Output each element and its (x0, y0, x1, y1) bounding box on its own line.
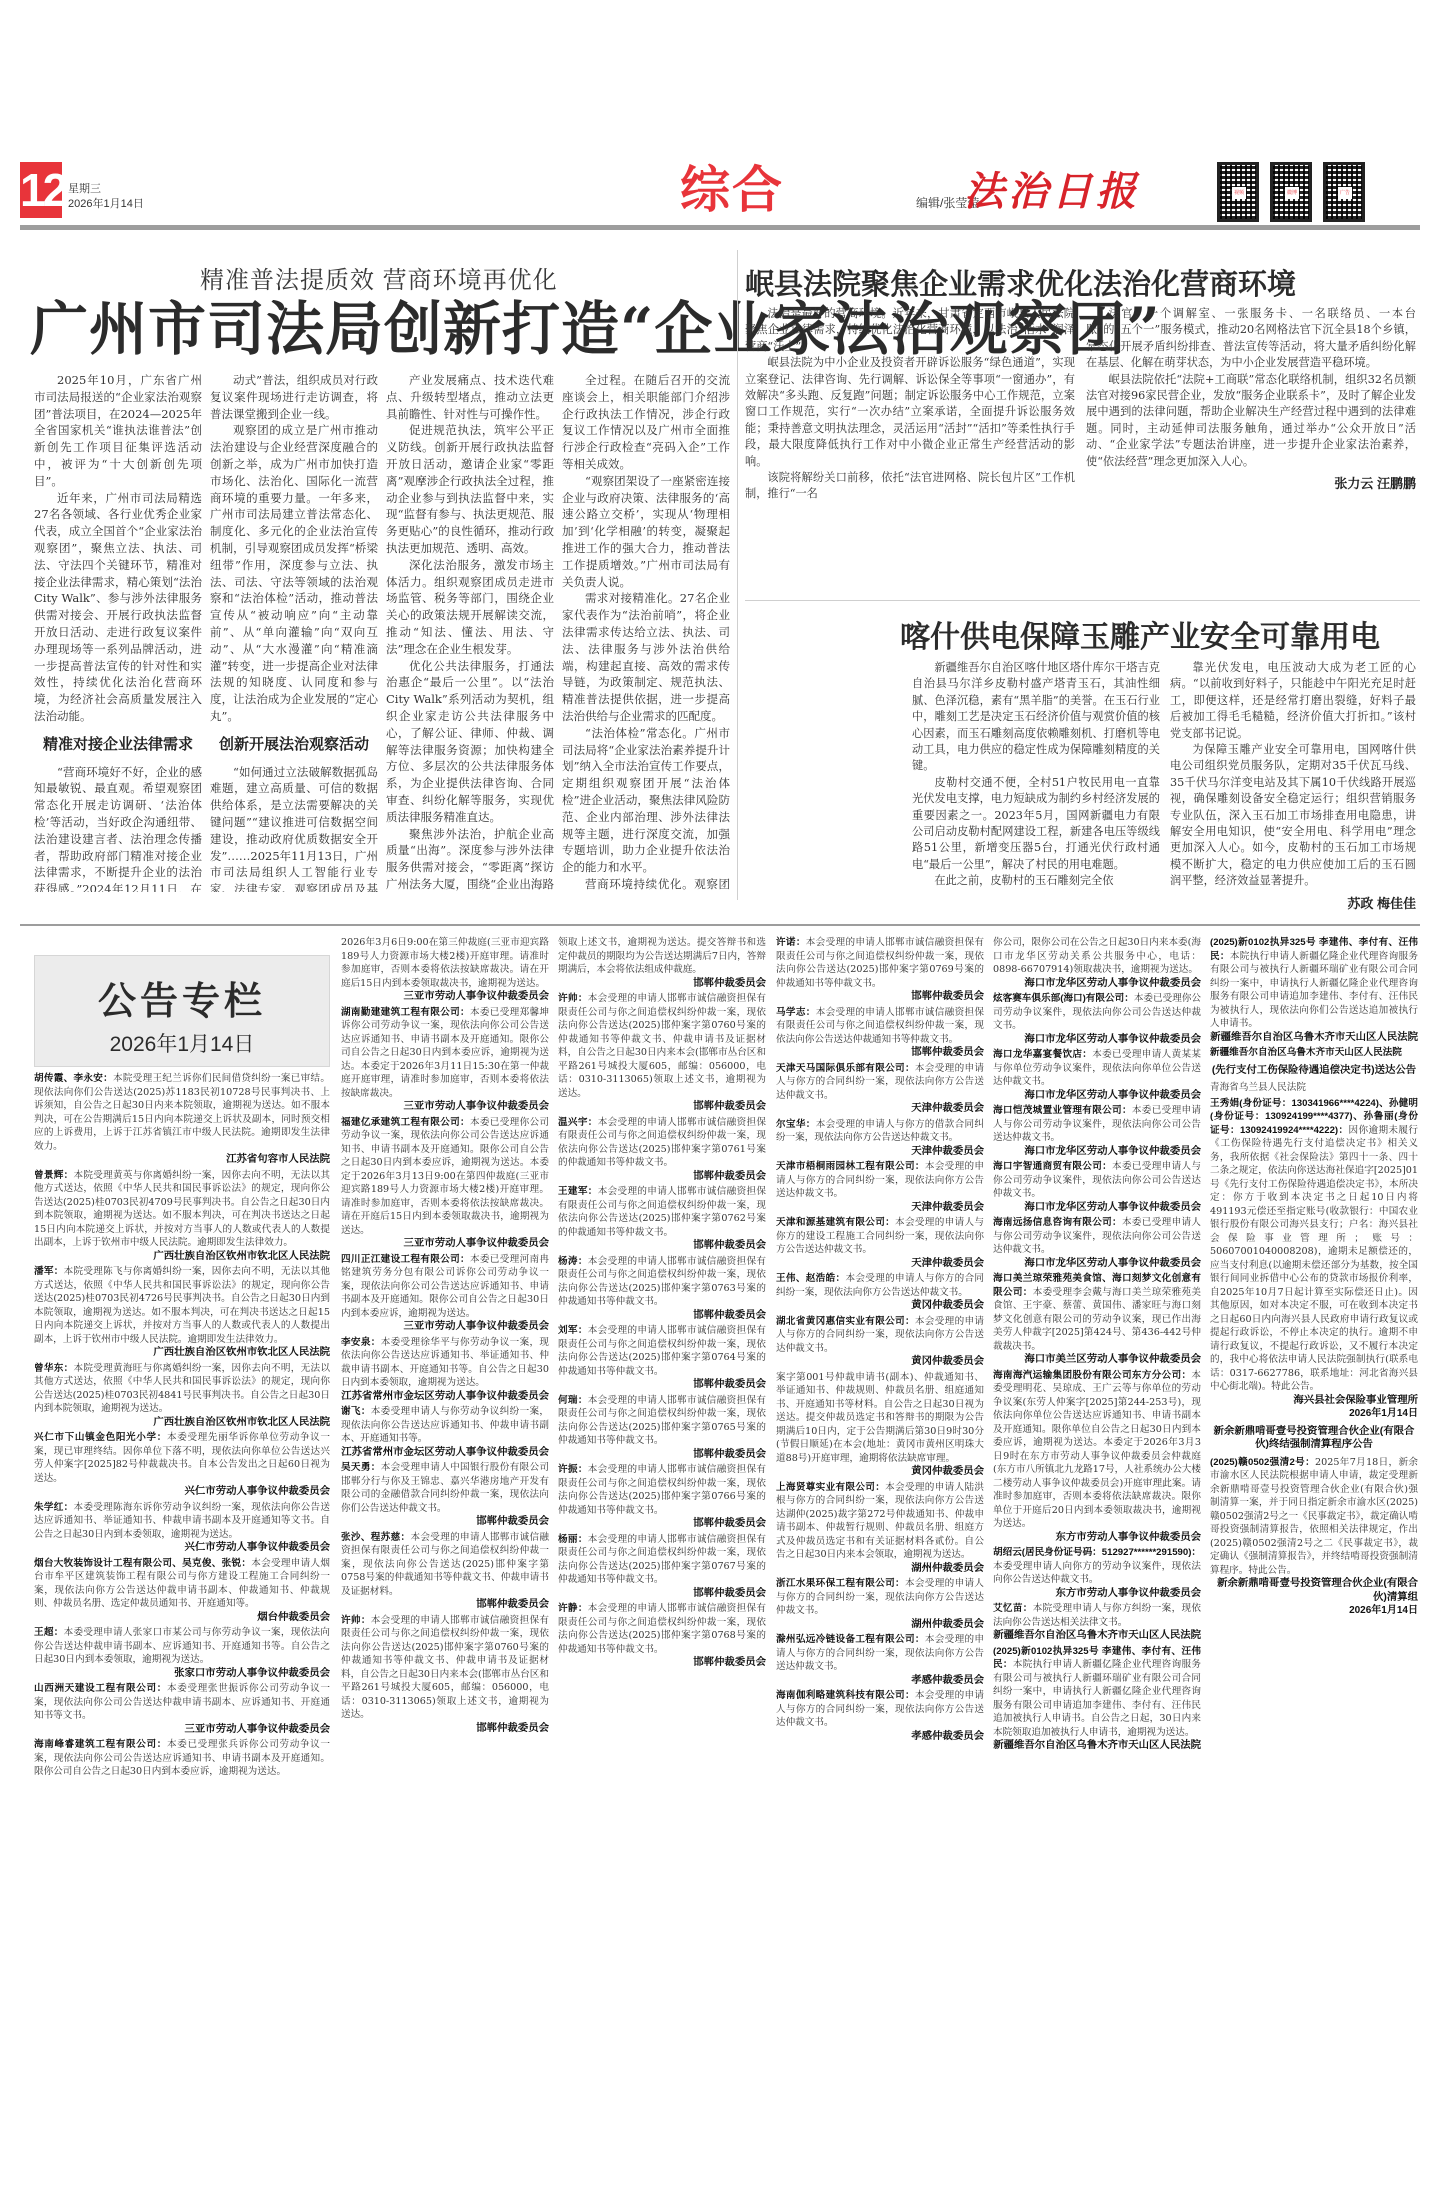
notice-signatory: 湖州仲裁委员会 (776, 1562, 984, 1576)
notice-addressee: 炫客赛车俱乐部(海口)有限公司： (993, 993, 1134, 1004)
notice-body: 朱学红：本委受理陈海东诉你劳动争议纠纷一案，现依法向你公告送达应诉通知书、举证通… (34, 1501, 330, 1542)
notice-signatory: 江苏省常州市金坛区劳动人事争议仲裁委员会 (341, 1390, 549, 1404)
notice-text: 本委受理申请人与你劳动争议纠纷一案，现依法向你公告送达应诉通知书、仲裁申请书副本… (341, 1406, 549, 1444)
notice-item: 曾景辉：本院受理黄英与你离婚纠纷一案，因你去向不明，无法以其他方式送达，依照《中… (34, 1169, 330, 1264)
notice-signatory: 孝感仲裁委员会 (776, 1730, 984, 1744)
notice-body: 案字第001号仲裁申请书(副本)、仲裁通知书、举证通知书、仲裁规则、仲裁员名册、… (776, 1371, 984, 1466)
paragraph: 全过程。在随后召开的交流座谈会上，相关职能部门介绍涉企行政执法工作情况，涉企行政… (562, 372, 730, 473)
notice-signatory: 海兴县社会保险事业管理所 (1210, 1394, 1418, 1408)
paragraph: 皮勒村交通不便，全村51户牧民用电一直靠光伏发电支撑，电力短缺成为制约乡村经济发… (912, 775, 1160, 873)
notice-body: 新疆维吾尔自治区乌鲁木齐市天山区人民法院 (1210, 1046, 1418, 1060)
notice-item: 杨涛：本会受理的申请人邯郸市诚信融资担保有限责任公司与你之间追偿权纠纷仲裁一案，… (558, 1255, 766, 1323)
notice-body: 胡绍云(居民身份证号码：512927******291590)：本委受理申请人向… (993, 1546, 1201, 1587)
notice-addressee: 湖北省黄冈惠信实业有限公司： (776, 1316, 915, 1327)
notice-signatory: 新疆维吾尔自治区乌鲁木齐市天山区人民法院 (993, 1739, 1201, 1753)
notice-body: 你公司，限你公司在公告之日起30日内来本委(海口市龙华区劳动关系公共服务中心，电… (993, 936, 1201, 977)
notice-signatory: 海口市美兰区劳动人事争议仲裁委员会 (993, 1353, 1201, 1367)
notice-addressee: 湖南勤建建筑工程有限公司： (341, 1007, 470, 1018)
byline: 张力云 汪鹏鹏 (1086, 476, 1416, 492)
notice-addressee: 谢飞： (341, 1406, 371, 1417)
notice-signatory: 邯郸仲裁委员会 (776, 990, 984, 1004)
notice-item: 艾忆苗：本院受理申请人与你方纠纷一案，现依法向你公告送达相关法律文书。新疆维吾尔… (993, 1602, 1201, 1643)
notice-addressee: 马学志： (776, 1007, 816, 1018)
notice-column-5: 你公司，限你公司在公告之日起30日内来本委(海口市龙华区劳动关系公共服务中心，电… (993, 936, 1201, 2182)
notice-text: 本会受理的申请人邯郸市诚信融资担保有限责任公司与你之间追偿权纠纷仲裁一案，现依法… (776, 937, 984, 989)
notice-body: 福建亿承建筑工程有限公司：本委已受理你公司劳动争议一案，现依法向你公司公告送达应… (341, 1116, 549, 1238)
byline: 苏政 梅佳佳 (1170, 896, 1416, 912)
notice-addressee: 福建亿承建筑工程有限公司： (341, 1117, 470, 1128)
notice-item: 兴仁市下山镇金色阳光小学：本委受理先丽华诉你单位劳动争议一案，现已审理终结。因你… (34, 1431, 330, 1499)
notice-addressee: 许帅： (558, 993, 588, 1004)
notice-addressee: 海南远扬信息咨询有限公司： (993, 1217, 1122, 1228)
notice-addressee: 浙江水果环保工程有限公司： (776, 1578, 905, 1589)
lead-column-2: 动式”普法，组织成员对行政复议案件现场进行走访调查，将普法课堂搬到企业一线。 观… (210, 372, 378, 892)
notice-item: 海南伽利略建筑科技有限公司：本会受理的申请人与你方的合同纠纷一案，现依法向你方公… (776, 1689, 984, 1743)
notice-item: 温兴宇：本会受理的申请人邯郸市诚信融资担保有限责任公司与你之间追偿权纠纷仲裁一案… (558, 1116, 766, 1184)
notice-item: 湖北省黄冈惠信实业有限公司：本会受理的申请人与你方的合同纠纷一案，现依法向你方公… (776, 1315, 984, 1369)
notice-body: 杨涛：本会受理的申请人邯郸市诚信融资担保有限责任公司与你之间追偿权纠纷仲裁一案，… (558, 1255, 766, 1309)
notice-addressee: 许帅： (341, 1615, 371, 1626)
article-3-headline: 喀什供电保障玉雕产业安全可靠用电 (900, 612, 1380, 656)
paragraph: 2025年10月，广东省广州市司法局报送的“企业家法治观察团”普法项目，在202… (34, 372, 202, 490)
notice-signatory: 海口市龙华区劳动人事争议仲裁委员会 (993, 1257, 1201, 1271)
notice-body: 尔宝华：本会受理的申请人与你方的借款合同纠纷一案，现依法向你方公告送达仲裁文书。 (776, 1118, 984, 1145)
notice-signatory: 邯郸仲裁委员会 (341, 1515, 549, 1529)
notice-addressee: 胡传霞、李永安： (34, 1073, 113, 1084)
notice-signatory: 东方市劳动人事争议仲裁委员会 (993, 1587, 1201, 1601)
notice-date: 2026年1月14日 (1210, 1407, 1418, 1421)
lead-column-4: 全过程。在随后召开的交流座谈会上，相关职能部门介绍涉企行政执法工作情况，涉企行政… (562, 372, 730, 892)
notice-item: 烟台大牧装饰设计工程有限公司、吴克俊、张锐：本会受理申请人烟台市牟平区建筑装饰工… (34, 1557, 330, 1625)
paragraph: 法治是最好的营商环境。近年来，甘肃省定西市岷县人民法院聚焦企业法律需求，持续优化… (745, 306, 1075, 355)
lead-column-1: 2025年10月，广东省广州市司法局报送的“企业家法治观察团”普法项目，在202… (34, 372, 202, 892)
notice-body: 炫客赛车俱乐部(海口)有限公司：本委已受理你公司劳动争议案件，现依法向你公司公告… (993, 992, 1201, 1033)
article-3-column-1: 新疆维吾尔自治区喀什地区塔什库尔干塔吉克自治县马尔洋乡皮勒村盛产塔青玉石，其油性… (912, 660, 1160, 914)
notice-body: 四川正江建设工程有限公司：本委已受理河南冉铭建筑劳务分包有限公司诉你公司劳动争议… (341, 1253, 549, 1321)
notice-signatory: 东方市劳动人事争议仲裁委员会 (993, 1531, 1201, 1545)
notice-body: 何瑞：本会受理的申请人邯郸市诚信融资担保有限责任公司与你之间追偿权纠纷仲裁一案，… (558, 1394, 766, 1448)
notice-text: 本会受理的申请人邯郸市诚信融资担保有限责任公司与你之间追偿权纠纷仲裁一案，现依法… (558, 1325, 766, 1377)
notice-signatory: 新余新鼎啃哥壹号投资管理合伙企业(有限合伙)清算组 (1210, 1577, 1418, 1604)
notice-text: 本会受理的申请人邯郸市诚信融资担保有限责任公司与你之间追偿权纠纷仲裁一案，现依法… (558, 1395, 766, 1447)
notice-body: 李安泉：本委受理徐华平与你劳动争议一案，现依法向你公告送达应诉通知书、举证通知书… (341, 1336, 549, 1390)
notice-signatory: 邯郸仲裁委员会 (558, 1656, 766, 1670)
notice-text: 本会受理的申请人邯郸市诚信融资担保有限责任公司与你之间追偿权纠纷仲裁一案，现依法… (558, 1534, 766, 1586)
notice-addressee: 尔宝华： (776, 1119, 816, 1130)
notice-addressee: 海口恺茂城置业管理有限公司： (993, 1105, 1132, 1116)
notice-body: 许帅：本会受理的申请人邯郸市诚信融资担保有限责任公司与你之间追偿权纠纷仲裁一案，… (558, 992, 766, 1100)
notice-addressee: 兴仁市下山镇金色阳光小学： (34, 1432, 167, 1443)
paragraph: “营商环境好不好，企业的感知最敏锐、最直观。希望观察团常态化开展走访调研、‘法治… (34, 764, 202, 892)
notice-text: 2025年7月18日，新余市渝水区人民法院根据申请人申请，裁定受理新余新鼎啃哥壹… (1210, 1457, 1418, 1576)
notice-item: (2025)新0102执异325号 李建伟、李付有、汪伟民：本院执行申请人新疆亿… (1210, 936, 1418, 1044)
notice-addressee: 许静： (558, 1603, 588, 1614)
notice-addressee: 艾忆苗： (993, 1603, 1033, 1614)
notice-item: 天津市梧桐雨园林工程有限公司：本会受理的申请人与你方的合同纠纷一案，现依法向你方… (776, 1160, 984, 1214)
notice-signatory: 邯郸仲裁委员会 (558, 1517, 766, 1531)
lead-kicker: 精准普法提质效 营商环境再优化 (200, 260, 558, 295)
notice-body: 海南海汽运输集团股份有限公司东方分公司：本委受理明花、吴琼成、王广云等与你单位的… (993, 1369, 1201, 1531)
notice-item: 许振：本会受理的申请人邯郸市诚信融资担保有限责任公司与你之间追偿权纠纷仲裁一案，… (558, 1463, 766, 1531)
notice-body: (2025)新0102执异325号 李建伟、李付有、汪伟民：本院执行申请人新疆亿… (1210, 936, 1418, 1031)
notice-item: 何瑞：本会受理的申请人邯郸市诚信融资担保有限责任公司与你之间追偿权纠纷仲裁一案，… (558, 1394, 766, 1462)
notice-text: 本会受理的申请人邯郸市诚信融资担保有限责任公司与你之间追偿权纠纷仲裁一案，现依法… (558, 1464, 766, 1516)
notice-body: 浙江水果环保工程有限公司：本会受理的申请人与你方的合同纠纷一案，现依法向你方公告… (776, 1577, 984, 1618)
paragraph: 法官、一个调解室、一张服务卡、一名联络员、一本台账”的“五个一”服务模式，推动2… (1086, 306, 1416, 372)
notice-addressee: 海南海汽运输集团股份有限公司东方分公司： (993, 1370, 1191, 1381)
paragraph: “观察团架设了一座紧密连接企业与政府决策、法律服务的‘高速公路立交桥’，实现从‘… (562, 473, 730, 591)
notice-addressee: 天津天马国际俱乐部有限公司： (776, 1063, 915, 1074)
notice-signatory: 邯郸仲裁委员会 (558, 1448, 766, 1462)
masthead: 12 星期三 2026年1月14日 综合 编辑/张莹莹 法治日报 视频 微博 广… (20, 160, 1420, 232)
notice-body: 王超：本委受理申请人张家口市某公司与你劳动争议一案，现依法向你公告送达仲裁申请书… (34, 1626, 330, 1667)
masthead-rule (20, 225, 1420, 230)
notice-item: 福建亿承建筑工程有限公司：本委已受理你公司劳动争议一案，现依法向你公司公告送达应… (341, 1116, 549, 1251)
notice-text: 本院受理黄海旺与你离婚纠纷一案，因你去向不明，无法以其他方式送达，依照《中华人民… (34, 1363, 330, 1415)
notice-signatory: 三亚市劳动人事争议仲裁委员会 (341, 1100, 549, 1114)
notice-item: 新疆维吾尔自治区乌鲁木齐市天山区人民法院 (1210, 1046, 1418, 1060)
notice-item: 天津天马国际俱乐部有限公司：本会受理的申请人与你方的合同纠纷一案，现依法向你方公… (776, 1062, 984, 1116)
notice-signatory: 广西壮族自治区钦州市钦北区人民法院 (34, 1416, 330, 1430)
notice-text: 本委受理明花、吴琼成、王广云等与你单位的劳动争议案(东劳人仲案字[2025]第2… (993, 1370, 1201, 1530)
notice-addressee: 四川正江建设工程有限公司： (341, 1254, 470, 1265)
notice-body: 王伟、赵浩皓：本会受理的申请人与你方的合同纠纷一案，现依法向你方公告送达仲裁文书… (776, 1272, 984, 1299)
notice-text: 本院受理王纪兰诉你们民间借贷纠纷一案已审结。现依法向你们公告送达(2025)苏1… (34, 1073, 330, 1152)
notice-item: 许帅：本会受理的申请人邯郸市诚信融资担保有限责任公司与你之间追偿权纠纷仲裁一案，… (341, 1614, 549, 1736)
notice-item: 炫客赛车俱乐部(海口)有限公司：本委已受理你公司劳动争议案件，现依法向你公司公告… (993, 992, 1201, 1046)
notice-addressee: 王建军： (558, 1186, 598, 1197)
newspaper-logo: 法治日报 (964, 164, 1140, 220)
notice-item: 王建军：本会受理的申请人邯郸市诚信融资担保有限责任公司与你之间追偿权纠纷仲裁一案… (558, 1185, 766, 1253)
notice-body: 曾华东：本院受理黄海旺与你离婚纠纷一案，因你去向不明，无法以其他方式送达，依照《… (34, 1362, 330, 1416)
notice-item: 海南海汽运输集团股份有限公司东方分公司：本委受理明花、吴琼成、王广云等与你单位的… (993, 1369, 1201, 1545)
notice-item: 案字第001号仲裁申请书(副本)、仲裁通知书、举证通知书、仲裁规则、仲裁员名册、… (776, 1371, 984, 1479)
notice-item: 海南远扬信息咨询有限公司：本委已受理申请人与你公司劳动争议案件，现依法向你公司公… (993, 1216, 1201, 1270)
paragraph: 优化公共法律服务，打通法治惠企“最后一公里”。以“法治City Walk”系列活… (386, 658, 554, 826)
notice-item: 李安泉：本委受理徐华平与你劳动争议一案，现依法向你公告送达应诉通知书、举证通知书… (341, 1336, 549, 1404)
notice-item: 上海贤尊实业有限公司：本会受理的申请人陆洪根与你方的合同纠纷一案，现依法向你方公… (776, 1481, 984, 1576)
notice-item: 滁州弘远冷链设备工程有限公司：本会受理的申请人与你方的合同纠纷一案，现依法向你方… (776, 1633, 984, 1687)
section-title: 综合 (680, 160, 784, 220)
notice-banner-date: 2026年1月14日 (35, 1028, 329, 1058)
notice-signatory: 邯郸仲裁委员会 (558, 1239, 766, 1253)
notice-body: 马学志：本会受理的申请人邯郸市诚信融资担保有限责任公司与你之间追偿权纠纷仲裁一案… (776, 1006, 984, 1047)
notice-item: (先行支付工伤保险待遇追偿决定书)送达公告青海省乌兰县人民法院 (1210, 1064, 1418, 1095)
notice-signatory: 新疆维吾尔自治区乌鲁木齐市天山区人民法院 (1210, 1031, 1418, 1045)
paragraph: 产业发展痛点、技术迭代难点、升级转型堵点，推动立法更具前瞻性、针对性与可操作性。 (386, 372, 554, 422)
notice-signatory: 海口市龙华区劳动人事争议仲裁委员会 (993, 977, 1201, 991)
notice-item: 新余新鼎啃哥壹号投资管理合伙企业(有限合伙)终结强制清算程序公告 (1210, 1425, 1418, 1452)
notice-addressee: 海南伽利略建筑科技有限公司： (776, 1690, 915, 1701)
notice-body: 天津和源基建筑有限公司：本会受理的申请人与你方的建设工程施工合同纠纷一案，现依法… (776, 1216, 984, 1257)
paragraph: 为保障玉雕产业安全可靠用电，国网喀什供电公司组织党员服务队，定期对35千伏瓦马线… (1170, 742, 1416, 890)
notice-body: 烟台大牧装饰设计工程有限公司、吴克俊、张锐：本会受理申请人烟台市牟平区建筑装饰工… (34, 1557, 330, 1611)
section-divider (20, 924, 1420, 926)
article-divider (745, 600, 1420, 601)
notice-body: 刘军：本会受理的申请人邯郸市诚信融资担保有限责任公司与你之间追偿权纠纷仲裁一案，… (558, 1324, 766, 1378)
notice-addressee: 海口龙华嘉宴餐饮店： (993, 1049, 1092, 1060)
notice-signatory: 邯郸仲裁委员会 (558, 1587, 766, 1601)
notice-addressee: 天津和源基建筑有限公司： (776, 1217, 895, 1228)
notice-column-2: 2026年3月6日9:00在第三仲裁庭(三亚市迎宾路189号人力资源市场大楼2楼… (341, 936, 549, 2182)
notice-signatory: 烟台仲裁委员会 (34, 1611, 330, 1625)
notice-addressee: 何瑞： (558, 1395, 588, 1406)
weekday: 星期三 (68, 182, 144, 197)
notice-signatory: 江苏省句容市人民法院 (34, 1153, 330, 1167)
paragraph: 动式”普法，组织成员对行政复议案件现场进行走访调查，将普法课堂搬到企业一线。 (210, 372, 378, 422)
notice-text: 案字第001号仲裁申请书(副本)、仲裁通知书、举证通知书、仲裁规则、仲裁员名册、… (776, 1372, 984, 1464)
notice-addressee: 杨涛： (558, 1256, 588, 1267)
notice-text: 因你逾期未履行《工伤保险待遇先行支付追偿决定书》相关义务，我所依据《社会保险法》… (1210, 1125, 1418, 1393)
issue-date: 2026年1月14日 (68, 197, 144, 212)
notice-item: 你公司，限你公司在公告之日起30日内来本委(海口市龙华区劳动关系公共服务中心，电… (993, 936, 1201, 990)
notice-signatory: 海口市龙华区劳动人事争议仲裁委员会 (993, 1089, 1201, 1103)
article-3-column-2: 靠光伏发电，电压波动大成为老工匠的心病。“以前收到好料子，只能趁中午阳光充足时赶… (1170, 660, 1416, 914)
notice-signatory: 黄冈仲裁委员会 (776, 1299, 984, 1313)
qr-label: 广告 (1338, 187, 1352, 199)
notice-body: 海口美兰琼荣雅苑美食馆、海口刻梦文化创意有限公司：本委受理李会戴与海口美兰琼荣雅… (993, 1272, 1201, 1353)
subhead: 精准对接企业法律需求 (34, 737, 202, 754)
notice-body: 海口宇智通商贸有限公司：本委已受理申请人与你公司劳动争议案件，现依法向你公司公告… (993, 1160, 1201, 1201)
notice-body: 胡传霞、李永安：本院受理王纪兰诉你们民间借贷纠纷一案已审结。现依法向你们公告送达… (34, 1072, 330, 1153)
notice-column-6: (2025)新0102执异325号 李建伟、李付有、汪伟民：本院执行申请人新疆亿… (1210, 936, 1418, 2182)
notice-text: 本委已受理郑馨坤诉你公司劳动争议一案，现依法向你公司公告送达应诉通知书、申请书副… (341, 1007, 549, 1099)
notice-signatory: 邯郸仲裁委员会 (776, 1046, 984, 1060)
notice-signatory: 黄冈仲裁委员会 (776, 1355, 984, 1369)
notice-body: 许振：本会受理的申请人邯郸市诚信融资担保有限责任公司与你之间追偿权纠纷仲裁一案，… (558, 1463, 766, 1517)
notice-body: 温兴宇：本会受理的申请人邯郸市诚信融资担保有限责任公司与你之间追偿权纠纷仲裁一案… (558, 1116, 766, 1170)
notice-signatory: 天津仲裁委员会 (776, 1145, 984, 1159)
notice-item: 王超：本委受理申请人张家口市某公司与你劳动争议一案，现依法向你公告送达仲裁申请书… (34, 1626, 330, 1680)
notice-addressee: 许振： (558, 1464, 588, 1475)
notice-addressee: 曾华东： (34, 1363, 74, 1374)
notice-signatory: 孝感仲裁委员会 (776, 1674, 984, 1688)
notice-text: 本委已受理你公司劳动争议一案，现依法向你公司公告送达应诉通知书、申请书副本及开庭… (341, 1117, 549, 1236)
notice-signatory: 天津仲裁委员会 (776, 1102, 984, 1116)
notice-body: 天津市梧桐雨园林工程有限公司：本会受理的申请人与你方的合同纠纷一案，现依法向你方… (776, 1160, 984, 1201)
notice-addressee: 海南峰睿建筑工程有限公司： (34, 1739, 167, 1750)
paragraph: 促进规范执法，筑牢公平正义防线。创新开展行政执法监督开放日活动，邀请企业家“零距… (386, 422, 554, 556)
notice-signatory: 邯郸仲裁委员会 (558, 1309, 766, 1323)
notice-addressee: 潘军： (34, 1266, 64, 1277)
notice-body: (2025)新0102执异325号 李建伟、李付有、汪伟民：本院执行申请人新疆亿… (993, 1645, 1201, 1740)
qr-code-icon[interactable]: 广告 (1323, 162, 1365, 222)
notice-body: 谢飞：本委受理申请人与你劳动争议纠纷一案，现依法向你公告送达应诉通知书、仲裁申请… (341, 1405, 549, 1446)
paragraph: “如何通过立法破解数据孤岛难题，建立高质量、可信的数据供给体系，是立法需要解决的… (210, 764, 378, 892)
notice-addressee: 朱学红： (34, 1502, 74, 1513)
notice-text: 本会受理的申请人邯郸市诚信融资担保有限责任公司与你之间追偿权纠纷仲裁一案，现依法… (558, 1603, 766, 1655)
notice-text: 本委受理申请人向你方的劳动争议案件，现依法向你公告送达仲裁文书。 (993, 1561, 1201, 1586)
notice-body: 领取上述文书，逾期视为送达。提交答辩书和选定仲裁员的期限均为公告送达期满后7日内… (558, 936, 766, 977)
subhead: 创新开展法治观察活动 (210, 737, 378, 754)
notice-body: 王建军：本会受理的申请人邯郸市诚信融资担保有限责任公司与你之间追偿权纠纷仲裁一案… (558, 1185, 766, 1239)
notice-signatory: 广西壮族自治区钦州市钦北区人民法院 (34, 1250, 330, 1264)
paragraph: 观察团的成立是广州市推动法治建设与企业经营深度融合的创新之举，成为广州市加快打造… (210, 422, 378, 724)
notice-item: 海口美兰琼荣雅苑美食馆、海口刻梦文化创意有限公司：本委受理李会戴与海口美兰琼荣雅… (993, 1272, 1201, 1367)
article-2-column-2: 法官、一个调解室、一张服务卡、一名联络员、一本台账”的“五个一”服务模式，推动2… (1086, 306, 1416, 590)
notice-text: 本院受理黄英与你离婚纠纷一案，因你去向不明，无法以其他方式送达，依照《中华人民共… (34, 1170, 330, 1249)
notice-signatory: 三亚市劳动人事争议仲裁委员会 (341, 990, 549, 1004)
paragraph: 新疆维吾尔自治区喀什地区塔什库尔干塔吉克自治县马尔洋乡皮勒村盛产塔青玉石，其油性… (912, 660, 1160, 775)
notice-item: 王秀娟(身份证号：130341966****4224)、孙健明(身份证号：130… (1210, 1097, 1418, 1421)
notice-body: 曾景辉：本院受理黄英与你离婚纠纷一案，因你去向不明，无法以其他方式送达，依照《中… (34, 1169, 330, 1250)
notice-body: 上海贤尊实业有限公司：本会受理的申请人陆洪根与你方的合同纠纷一案，现依法向你方公… (776, 1481, 984, 1562)
notice-signatory: 三亚市劳动人事争议仲裁委员会 (341, 1320, 549, 1334)
notice-addressee: 温兴宇： (558, 1117, 598, 1128)
notice-item: 山西洲天建设工程有限公司：本委受理张世振诉你公司劳动争议一案，现依法向你公司公告… (34, 1682, 330, 1736)
notice-text: 本会受理的申请人陆洪根与你方的合同纠纷一案，现依法向你方公告送达湖仲(2025)… (776, 1482, 984, 1561)
notice-signatory: 广西壮族自治区钦州市钦北区人民法院 (34, 1346, 330, 1360)
notice-body: 潘军：本院受理陈飞与你离婚纠纷一案，因你去向不明，无法以其他方式送达，依照《中华… (34, 1265, 330, 1346)
notice-signatory: 邯郸仲裁委员会 (341, 1722, 549, 1736)
column-divider (737, 250, 738, 900)
paragraph: 靠光伏发电，电压波动大成为老工匠的心病。“以前收到好料子，只能趁中午阳光充足时赶… (1170, 660, 1416, 742)
notice-item: 许诺：本会受理的申请人邯郸市诚信融资担保有限责任公司与你之间追偿权纠纷仲裁一案，… (776, 936, 984, 1004)
notice-text: 本会受理的申请人邯郸市诚信融资担保有限责任公司与你之间追偿权纠纷仲裁一案，现依法… (558, 1256, 766, 1308)
notice-addressee: 曾景辉： (34, 1170, 74, 1181)
notice-text: 本院受理陈飞与你离婚纠纷一案，因你去向不明，无法以其他方式送达，依照《中华人民共… (34, 1266, 330, 1345)
paragraph: 岷县法院依托“法院+工商联”常态化联络机制，组织32名员额法官对接96家民营企业… (1086, 372, 1416, 470)
notice-signatory: 天津仲裁委员会 (776, 1201, 984, 1215)
qr-label: 视频 (1232, 187, 1246, 199)
notice-body: 吴天勇：本会受理申请人中国银行股份有限公司邯郸分行与你及王锦忠、嘉兴华港房地产开… (341, 1461, 549, 1515)
paragraph: “法治体检”常态化。广州市司法局将“企业家法治素养提升计划”纳入全市法治宣传工作… (562, 725, 730, 876)
notice-item: 张沙、程苏慈：本会受理的申请人邯郸市诚信融资担保有限责任公司与你之间追偿权纠纷仲… (341, 1531, 549, 1612)
notice-signatory: 天津仲裁委员会 (776, 1257, 984, 1271)
notice-signatory: 邯郸仲裁委员会 (558, 1170, 766, 1184)
notice-body: 海南峰睿建筑工程有限公司：本委已受理张兵诉你公司劳动争议一案，现依法向你公司公告… (34, 1738, 330, 1779)
paragraph: 聚焦涉外法治，护航企业高质量“出海”。深度参与涉外法律服务供需对接会，“零距离”… (386, 826, 554, 892)
notice-signatory: 海口市龙华区劳动人事争议仲裁委员会 (993, 1145, 1201, 1159)
notice-item: 刘军：本会受理的申请人邯郸市诚信融资担保有限责任公司与你之间追偿权纠纷仲裁一案，… (558, 1324, 766, 1392)
paragraph: 近年来，广州市司法局精选27名各领域、各行业优秀企业家代表，成立全国首个“企业家… (34, 490, 202, 725)
notice-body: 张沙、程苏慈：本会受理的申请人邯郸市诚信融资担保有限责任公司与你之间追偿权纠纷仲… (341, 1531, 549, 1599)
notice-item: 朱学红：本委受理陈海东诉你劳动争议纠纷一案，现依法向你公告送达应诉通知书、举证通… (34, 1501, 330, 1555)
notice-addressee: 滁州弘远冷链设备工程有限公司： (776, 1634, 925, 1645)
notice-signatory: 张家口市劳动人事争议仲裁委员会 (34, 1667, 330, 1681)
notice-item: 海口宇智通商贸有限公司：本委已受理申请人与你公司劳动争议案件，现依法向你公司公告… (993, 1160, 1201, 1214)
notice-addressee: 海口宇智通商贸有限公司： (993, 1161, 1112, 1172)
notice-body: 许诺：本会受理的申请人邯郸市诚信融资担保有限责任公司与你之间追偿权纠纷仲裁一案，… (776, 936, 984, 990)
paragraph: 需求对接精准化。27名企业家代表作为“法治前哨”，将企业法律需求传达给立法、执法… (562, 590, 730, 724)
notice-item: 许帅：本会受理的申请人邯郸市诚信融资担保有限责任公司与你之间追偿权纠纷仲裁一案，… (558, 992, 766, 1114)
notice-text: 领取上述文书，逾期视为送达。提交答辩书和选定仲裁员的期限均为公告送达期满后7日内… (558, 937, 766, 975)
notice-signatory: 黄冈仲裁委员会 (776, 1465, 984, 1479)
notice-signatory: 邯郸仲裁委员会 (558, 977, 766, 991)
notice-text: 青海省乌兰县人民法院 (1210, 1082, 1306, 1093)
page-meta: 星期三 2026年1月14日 (68, 182, 144, 212)
notice-body: 兴仁市下山镇金色阳光小学：本委受理先丽华诉你单位劳动争议一案，现已审理终结。因你… (34, 1431, 330, 1485)
notice-signatory: 江苏省常州市金坛区劳动人事争议仲裁委员会 (341, 1446, 549, 1460)
notice-date: 2026年1月14日 (1210, 1604, 1418, 1618)
qr-code-icon[interactable]: 视频 (1217, 162, 1259, 222)
notice-signatory: 海口市龙华区劳动人事争议仲裁委员会 (993, 1033, 1201, 1047)
notice-body: 湖北省黄冈惠信实业有限公司：本会受理的申请人与你方的合同纠纷一案，现依法向你方公… (776, 1315, 984, 1356)
notice-addressee: 新疆维吾尔自治区乌鲁木齐市天山区人民法院 (1210, 1047, 1402, 1058)
notice-item: 谢飞：本委受理申请人与你劳动争议纠纷一案，现依法向你公告送达应诉通知书、仲裁申请… (341, 1405, 549, 1459)
notice-title: 新余新鼎啃哥壹号投资管理合伙企业(有限合伙)终结强制清算程序公告 (1210, 1425, 1418, 1452)
notice-body: 滁州弘远冷链设备工程有限公司：本会受理的申请人与你方的合同纠纷一案，现依法向你方… (776, 1633, 984, 1674)
notice-item: 潘军：本院受理陈飞与你离婚纠纷一案，因你去向不明，无法以其他方式送达，依照《中华… (34, 1265, 330, 1360)
paragraph: 深化法治服务，激发市场主体活力。组织观察团成员走进市场监管、税务等部门，围绕企业… (386, 557, 554, 658)
notice-text: 本委受理陈海东诉你劳动争议纠纷一案，现依法向你公告送达应诉通知书、举证通知书、仲… (34, 1502, 330, 1540)
notice-addressee: 王超： (34, 1627, 64, 1638)
notice-signatory: 三亚市劳动人事争议仲裁委员会 (34, 1723, 330, 1737)
notice-text: 本委受理申请人张家口市某公司与你劳动争议一案，现依法向你公告送达仲裁申请书副本、… (34, 1627, 330, 1665)
notice-signatory: 三亚市劳动人事争议仲裁委员会 (341, 1237, 549, 1251)
notice-addressee: 刘军： (558, 1325, 588, 1336)
notice-item: 曾华东：本院受理黄海旺与你离婚纠纷一案，因你去向不明，无法以其他方式送达，依照《… (34, 1362, 330, 1430)
notice-body: 王秀娟(身份证号：130341966****4224)、孙健明(身份证号：130… (1210, 1097, 1418, 1394)
notice-body: 海口龙华嘉宴餐饮店：本委已受理申请人黄某某与你单位劳动争议案件，现依法向你单位公… (993, 1048, 1201, 1089)
notice-body: (2025)赣0502强清2号：2025年7月18日，新余市渝水区人民法院根据申… (1210, 1456, 1418, 1578)
notice-body: 海南远扬信息咨询有限公司：本委已受理申请人与你公司劳动争议案件，现依法向你公司公… (993, 1216, 1201, 1257)
notice-signatory: 兴仁市劳动人事争议仲裁委员会 (34, 1541, 330, 1555)
notice-addressee: 王伟、赵浩皓： (776, 1273, 845, 1284)
paragraph: 营商环境持续优化。观察团成员不仅是法治化营商环境的受益者，也是优化营商环境的“监… (562, 876, 730, 892)
notice-signatory: 邯郸仲裁委员会 (558, 1100, 766, 1114)
notice-addressee: 李安泉： (341, 1337, 381, 1348)
notice-body: 2026年3月6日9:00在第三仲裁庭(三亚市迎宾路189号人力资源市场大楼2楼… (341, 936, 549, 990)
notice-signatory: 新疆维吾尔自治区乌鲁木齐市天山区人民法院 (993, 1629, 1201, 1643)
lead-column-3: 产业发展痛点、技术迭代难点、升级转型堵点，推动立法更具前瞻性、针对性与可操作性。… (386, 372, 554, 892)
notice-addressee: 吴天勇： (341, 1462, 381, 1473)
notice-addressee: 烟台大牧装饰设计工程有限公司、吴克俊、张锐： (34, 1558, 251, 1569)
notice-text: 本院执行申请人新疆亿隆企业代理咨询服务有限公司与被执行人新疆环瑞矿业有限公司合同… (1210, 951, 1418, 1030)
notice-item: 许静：本会受理的申请人邯郸市诚信融资担保有限责任公司与你之间追偿权纠纷仲裁一案，… (558, 1602, 766, 1670)
notice-item: 浙江水果环保工程有限公司：本会受理的申请人与你方的合同纠纷一案，现依法向你方公告… (776, 1577, 984, 1631)
article-2-headline: 岷县法院聚焦企业需求优化法治化营商环境 (745, 262, 1296, 303)
notice-addressee: (2025)赣0502强清2号： (1210, 1457, 1315, 1468)
qr-code-icon[interactable]: 微博 (1270, 162, 1312, 222)
notice-body: 天津天马国际俱乐部有限公司：本会受理的申请人与你方的合同纠纷一案，现依法向你方公… (776, 1062, 984, 1103)
notice-signatory: 湖州仲裁委员会 (776, 1618, 984, 1632)
notice-text: 2026年3月6日9:00在第三仲裁庭(三亚市迎宾路189号人力资源市场大楼2楼… (341, 937, 549, 989)
notice-addressee: 张沙、程苏慈： (341, 1532, 410, 1543)
paragraph: 岷县法院为中小企业及投资者开辟诉讼服务“绿色通道”，实现立案登记、法律咨询、先行… (745, 355, 1075, 470)
notice-signatory: 邯郸仲裁委员会 (341, 1598, 549, 1612)
notice-item: 海南峰睿建筑工程有限公司：本委已受理张兵诉你公司劳动争议一案，现依法向你公司公告… (34, 1738, 330, 1779)
notice-item: 杨丽：本会受理的申请人邯郸市诚信融资担保有限责任公司与你之间追偿权纠纷仲裁一案，… (558, 1533, 766, 1601)
notice-addressee: 胡绍云(居民身份证号码：512927******291590)： (993, 1547, 1201, 1558)
notice-item: 湖南勤建建筑工程有限公司：本委已受理郑馨坤诉你公司劳动争议一案，现依法向你公司公… (341, 1006, 549, 1114)
notice-item: 天津和源基建筑有限公司：本会受理的申请人与你方的建设工程施工合同纠纷一案，现依法… (776, 1216, 984, 1270)
notice-item: 胡传霞、李永安：本院受理王纪兰诉你们民间借贷纠纷一案已审结。现依法向你们公告送达… (34, 1072, 330, 1167)
notice-banner: 公告专栏 2026年1月14日 (34, 955, 330, 1067)
notice-item: 王伟、赵浩皓：本会受理的申请人与你方的合同纠纷一案，现依法向你方公告送达仲裁文书… (776, 1272, 984, 1313)
notice-addressee: 许诺： (776, 937, 806, 948)
notice-body: 山西洲天建设工程有限公司：本委受理张世振诉你公司劳动争议一案，现依法向你公司公告… (34, 1682, 330, 1723)
notice-body: 艾忆苗：本院受理申请人与你方纠纷一案，现依法向你公告送达相关法律文书。 (993, 1602, 1201, 1629)
notice-column-4: 许诺：本会受理的申请人邯郸市诚信融资担保有限责任公司与你之间追偿权纠纷仲裁一案，… (776, 936, 984, 2182)
notice-signatory: 邯郸仲裁委员会 (558, 1378, 766, 1392)
notice-addressee: 山西洲天建设工程有限公司： (34, 1683, 167, 1694)
article-2-column-1: 法治是最好的营商环境。近年来，甘肃省定西市岷县人民法院聚焦企业法律需求，持续优化… (745, 306, 1075, 590)
notice-signatory: 兴仁市劳动人事争议仲裁委员会 (34, 1485, 330, 1499)
page-number: 12 (20, 162, 62, 218)
notice-text: 你公司，限你公司在公告之日起30日内来本委(海口市龙华区劳动关系公共服务中心，电… (993, 937, 1201, 975)
notice-body: 杨丽：本会受理的申请人邯郸市诚信融资担保有限责任公司与你之间追偿权纠纷仲裁一案，… (558, 1533, 766, 1587)
notice-body: 湖南勤建建筑工程有限公司：本委已受理郑馨坤诉你公司劳动争议一案，现依法向你公司公… (341, 1006, 549, 1101)
notice-item: 吴天勇：本会受理申请人中国银行股份有限公司邯郸分行与你及王锦忠、嘉兴华港房地产开… (341, 1461, 549, 1529)
notice-addressee: 杨丽： (558, 1534, 588, 1545)
paragraph: 在此之前，皮勒村的玉石雕刻完全依 (912, 873, 1160, 889)
notice-signatory: 海口市龙华区劳动人事争议仲裁委员会 (993, 1201, 1201, 1215)
notice-addressee: 上海贤尊实业有限公司： (776, 1482, 885, 1493)
notice-item: 胡绍云(居民身份证号码：512927******291590)：本委受理申请人向… (993, 1546, 1201, 1600)
notice-item: 2026年3月6日9:00在第三仲裁庭(三亚市迎宾路189号人力资源市场大楼2楼… (341, 936, 549, 1004)
notice-column-1: 胡传霞、李永安：本院受理王纪兰诉你们民间借贷纠纷一案已审结。现依法向你们公告送达… (34, 1072, 330, 2182)
